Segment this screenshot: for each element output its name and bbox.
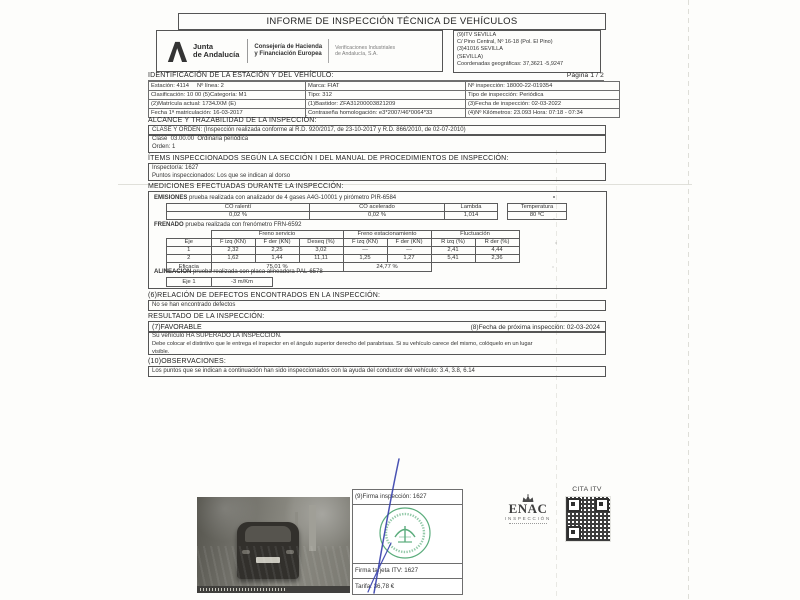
alineacion-desc: prueba realizada con placa alineadora PA… (193, 269, 323, 275)
table-cell: 0,02 % (167, 212, 310, 220)
table-cell: 80 ºC (508, 212, 567, 220)
photo-car-taillight (286, 550, 294, 554)
table-cell: (2)Matrícula actual: 1734JXM (E) (149, 100, 306, 109)
station-info-box: (9)ITV SEVILLA C/ Pino Central, Nº 16-18… (453, 30, 601, 73)
photo-car-taillight (242, 550, 250, 554)
table-cell: 5,41 (431, 255, 475, 263)
table-cell: Freno estacionamiento (343, 231, 431, 239)
table-cell: 2,32 (211, 247, 255, 255)
photo-car-window (245, 526, 291, 542)
table-cell: 1,27 (387, 255, 431, 263)
frenado-label: FRENADO prueba realizada con frenómetro … (151, 221, 597, 229)
table-cell: 2,25 (255, 247, 299, 255)
alineacion-label: ALINEACIÓN prueba realizada con placa al… (151, 268, 597, 276)
table-cell: (1)Bastidor: ZFA31200003821209 (306, 100, 466, 109)
table-cell: 1,62 (211, 255, 255, 263)
table-cell: 11,11 (299, 255, 343, 263)
table-cell: Deseq (%) (299, 239, 343, 247)
inspector-text: Inspector/a: 1627 (149, 164, 605, 172)
table-cell: (3)Fecha de inspección: 02-03-2022 (466, 100, 620, 109)
photo-timestamp-bar (197, 586, 350, 593)
enac-name: ENAC (509, 503, 548, 515)
heading-alcance-label: ALCANCE Y TRAZABILIDAD DE LA INSPECCIÓN: (148, 117, 317, 124)
table-cell: Tipo: 312 (306, 91, 466, 100)
table-cell: F der (KN) (255, 239, 299, 247)
frenado-name: FRENADO (154, 222, 184, 228)
junta-andalucia-logo-box: Junta de Andalucía Consejería de Haciend… (156, 30, 443, 72)
heading-observaciones-label: (10)OBSERVACIONES: (148, 358, 226, 365)
table-cell: 1,014 (445, 212, 498, 220)
table-cell: Eje 1 (167, 278, 212, 287)
defectos-text: No se han encontrado defectos (149, 301, 605, 310)
heading-identificacion: IDENTIFICACIÓN DE LA ESTACIÓN Y DEL VEHÍ… (148, 70, 604, 81)
table-cell: 1,25 (343, 255, 387, 263)
logo-divider (328, 39, 329, 63)
table-cell: Freno servicio (211, 231, 343, 239)
table-cell: F izq (KN) (211, 239, 255, 247)
cita-itv-label: CITA ITV (563, 486, 611, 493)
table-cell: 2,36 (475, 255, 519, 263)
resultado-calificacion: (7)FAVORABLE (149, 324, 202, 331)
report-title-box: INFORME DE INSPECCIÓN TÉCNICA DE VEHÍCUL… (178, 13, 606, 30)
station-province: (SEVILLA) (454, 54, 600, 61)
photo-car (237, 522, 299, 579)
table-cell: --- (387, 247, 431, 255)
heading-identificacion-label: IDENTIFICACIÓN DE LA ESTACIÓN Y DEL VEHÍ… (148, 72, 334, 79)
observaciones-box: Los puntos que se indican a continuación… (148, 366, 606, 377)
table-cell: 0,02 % (310, 212, 445, 220)
observaciones-text: Los puntos que se indican a continuación… (149, 367, 605, 376)
table-cell: Clasificación: 10 00 (5)Categoría: M1 (149, 91, 306, 100)
distintivo-text-line2: visible. (149, 348, 605, 356)
signature-stroke-icon (340, 448, 430, 598)
table-cell: 1 (167, 247, 212, 255)
superado-box: Su vehículo HA SUPERADO LA INSPECCIÓN. D… (148, 331, 606, 355)
identification-table: Estación: 4114 Nº línea: 2 Marca: FIAT N… (148, 81, 620, 118)
station-coordinates: Coordenadas geográficas: 37,3621 -5,9247 (454, 61, 600, 68)
logo-company-line2: de Andalucía, S.A. (335, 51, 395, 58)
table-cell: 2,41 (431, 247, 475, 255)
vehicle-photo (197, 497, 350, 593)
mediciones-box: EMISIONES prueba realizada con analizado… (148, 191, 607, 289)
heading-items-label: ÍTEMS INSPECCIONADOS SEGÚN LA SECCIÓN I … (148, 155, 509, 162)
qr-code-icon (565, 496, 611, 542)
scanned-inspection-report: INFORME DE INSPECCIÓN TÉCNICA DE VEHÍCUL… (0, 0, 800, 600)
orden-text: Orden: 1 (149, 143, 605, 151)
table-cell: Marca: FIAT (306, 82, 466, 91)
enac-type: INSPECCIÓN (505, 516, 551, 521)
logo-divider (247, 39, 248, 63)
table-cell: Tipo de inspección: Periódica (466, 91, 620, 100)
table-cell: Temperatura (508, 204, 567, 212)
table-cell: Estación: 4114 Nº línea: 2 (149, 82, 306, 91)
junta-a-icon (166, 39, 188, 63)
heading-defectos-label: (6)RELACIÓN DE DEFECTOS ENCONTRADOS EN L… (148, 292, 380, 299)
station-postal: (3)41016 SEVILLA (454, 46, 600, 53)
table-cell: F izq (KN) (343, 239, 387, 247)
qr-finder (567, 526, 581, 540)
qr-finder (595, 498, 609, 512)
qr-finder (567, 498, 581, 512)
table-cell: --- (343, 247, 387, 255)
page-title: INFORME DE INSPECCIÓN TÉCNICA DE VEHÍCUL… (266, 16, 517, 27)
emisiones-table: CO ralentí CO acelerado Lambda Temperatu… (166, 203, 567, 220)
puntos-text: Puntos inspeccionados: Los que se indica… (149, 172, 605, 180)
table-cell: Nº inspección: 18000-22-019354 (466, 82, 620, 91)
distintivo-text-line1: Debe colocar el distintivo que le entreg… (149, 340, 605, 348)
enac-logo: ENAC INSPECCIÓN (500, 494, 556, 524)
station-address: C/ Pino Central, Nº 16-18 (Pol. El Pino) (454, 39, 600, 46)
table-cell: -3 m/Km (212, 278, 273, 287)
table-cell: R izq (%) (431, 239, 475, 247)
superado-text: Su vehículo HA SUPERADO LA INSPECCIÓN. (149, 332, 605, 340)
table-cell: 1,44 (255, 255, 299, 263)
photo-license-plate (256, 557, 280, 563)
emisiones-desc: prueba realizada con analizador de 4 gas… (189, 195, 396, 201)
table-cell: CO acelerado (310, 204, 445, 212)
logo-org-line2: de Andalucía (193, 51, 239, 59)
logo-dept-line2: y Financiación Europea (254, 51, 322, 58)
photo-pillar (309, 505, 316, 551)
table-cell: 3,02 (299, 247, 343, 255)
station-name: (9)ITV SEVILLA (454, 32, 600, 39)
scan-crease-vertical (688, 0, 689, 600)
logo-dept-line1: Consejería de Hacienda (254, 44, 322, 51)
items-box: Inspector/a: 1627 Puntos inspeccionados:… (148, 163, 606, 181)
table-cell: 2 (167, 255, 212, 263)
table-cell: Eje (167, 239, 212, 247)
emisiones-name: EMISIONES (154, 195, 187, 201)
clase-detalle-box: Clase 03.00.00 Ordinaria periódica Orden… (148, 134, 606, 153)
table-cell: Lambda (445, 204, 498, 212)
heading-mediciones-label: MEDICIONES EFECTUADAS DURANTE LA INSPECC… (148, 183, 344, 190)
clase-text: Clase 03.00.00 Ordinaria periódica (149, 135, 605, 143)
table-cell: F der (KN) (387, 239, 431, 247)
frenado-desc: prueba realizada con frenómetro FRN-6592 (185, 222, 301, 228)
page-number: Página 1 / 2 (567, 72, 604, 79)
frenado-table: Freno servicio Freno estacionamiento Flu… (166, 230, 520, 272)
emisiones-label: EMISIONES prueba realizada con analizado… (151, 194, 597, 202)
alineacion-table: Eje 1 -3 m/Km (166, 277, 273, 287)
alineacion-name: ALINEACIÓN (154, 269, 191, 275)
table-cell: 4,44 (475, 247, 519, 255)
enac-accreditation-line (509, 523, 547, 524)
heading-resultado-label: RESULTADO DE LA INSPECCIÓN: (148, 313, 264, 320)
table-cell: R der (%) (475, 239, 519, 247)
defectos-box: No se han encontrado defectos (148, 300, 606, 311)
table-cell: Fluctuación (431, 231, 519, 239)
resultado-proxima-fecha: (8)Fecha de próxima inspección: 02-03-20… (471, 324, 605, 331)
table-cell: CO ralentí (167, 204, 310, 212)
